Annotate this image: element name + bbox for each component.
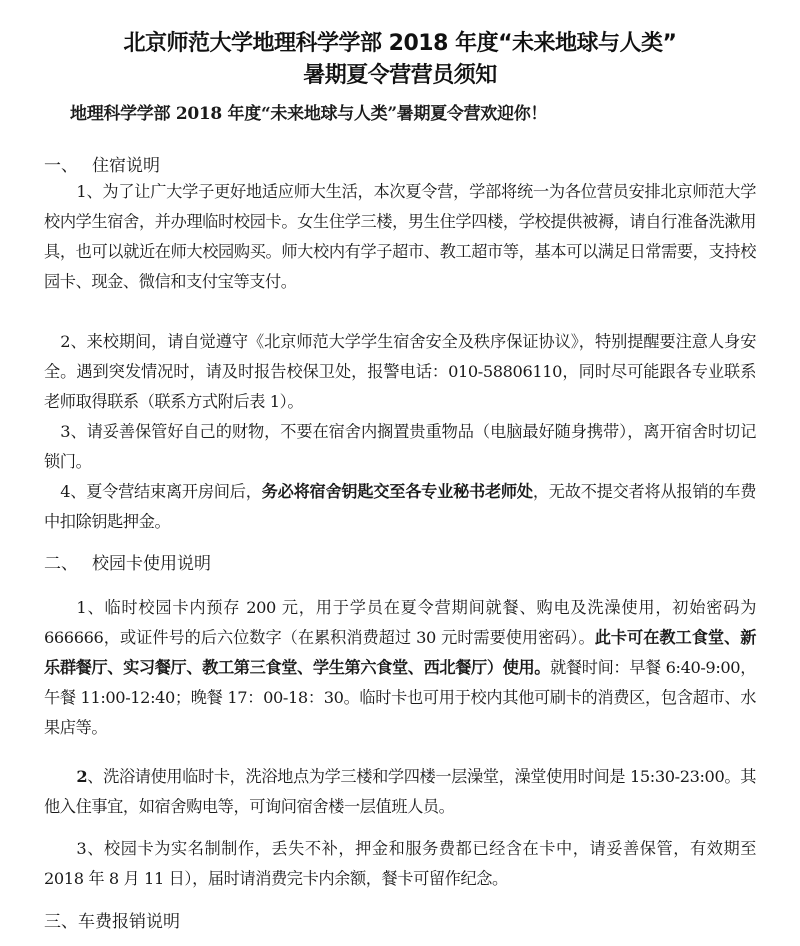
section-number: 一、 xyxy=(44,151,92,176)
item-text-emphasis: 务必将宿舍钥匙交至各专业秘书老师处 xyxy=(262,482,533,501)
section-heading-campus-card: 二、校园卡使用说明 xyxy=(44,549,211,574)
item-text: 4、夏令营结束离开房间后， xyxy=(60,482,261,501)
item-number-emphasis: 2 xyxy=(76,767,87,786)
section-heading-accommodation: 一、住宿说明 xyxy=(44,151,160,176)
campus-card-item-2: 2、洗浴请使用临时卡，洗浴地点为学三楼和学四楼一层澡堂，澡堂使用时间是 15:3… xyxy=(44,762,756,822)
document-title-line1: 北京师范大学地理科学学部 2018 年度“未来地球与人类” xyxy=(0,26,800,57)
section-heading-travel-reimbursement: 三、车费报销说明 xyxy=(44,907,180,932)
item-text: 、洗浴请使用临时卡，洗浴地点为学三楼和学四楼一层澡堂，澡堂使用时间是 15:30… xyxy=(44,767,756,816)
section-number: 二、 xyxy=(44,549,92,574)
section-title: 校园卡使用说明 xyxy=(92,554,211,574)
welcome-message: 地理科学学部 2018 年度“未来地球与人类”暑期夏令营欢迎你！ xyxy=(70,99,770,124)
accommodation-item-3: 3、请妥善保管好自己的财物，不要在宿舍内搁置贵重物品（电脑最好随身携带），离开宿… xyxy=(44,417,756,477)
document-title-line2: 暑期夏令营营员须知 xyxy=(0,58,800,89)
accommodation-item-1: 1、为了让广大学子更好地适应师大生活，本次夏令营，学部将统一为各位营员安排北京师… xyxy=(44,177,756,297)
campus-card-item-1: 1、临时校园卡内预存 200 元，用于学员在夏令营期间就餐、购电及洗澡使用，初始… xyxy=(44,593,756,743)
accommodation-item-2: 2、来校期间，请自觉遵守《北京师范大学学生宿舍安全及秩序保证协议》，特别提醒要注… xyxy=(44,327,756,417)
section-title: 住宿说明 xyxy=(92,156,160,176)
section-title: 车费报销说明 xyxy=(78,912,180,932)
section-number: 三、 xyxy=(44,912,78,932)
campus-card-item-3: 3、校园卡为实名制制作，丢失不补，押金和服务费都已经含在卡中，请妥善保管，有效期… xyxy=(44,834,756,894)
accommodation-item-4: 4、夏令营结束离开房间后，务必将宿舍钥匙交至各专业秘书老师处，无故不提交者将从报… xyxy=(44,477,756,537)
